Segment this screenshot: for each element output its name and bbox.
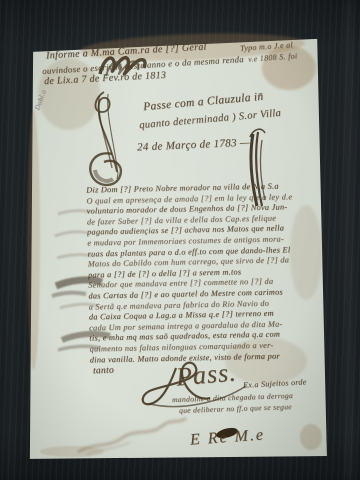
body-closing-word: tanto (93, 366, 114, 377)
backdrop-streak (344, 0, 354, 480)
petition-body: Diz Dom [?] Preto Nobre morador na villa… (86, 180, 332, 365)
manuscript-photo: Dobl.o Informe a M.ma Cam.ra de [?] Gera… (0, 0, 360, 480)
signature-word: Pass. (175, 357, 238, 392)
backdrop-streak (6, 0, 16, 480)
